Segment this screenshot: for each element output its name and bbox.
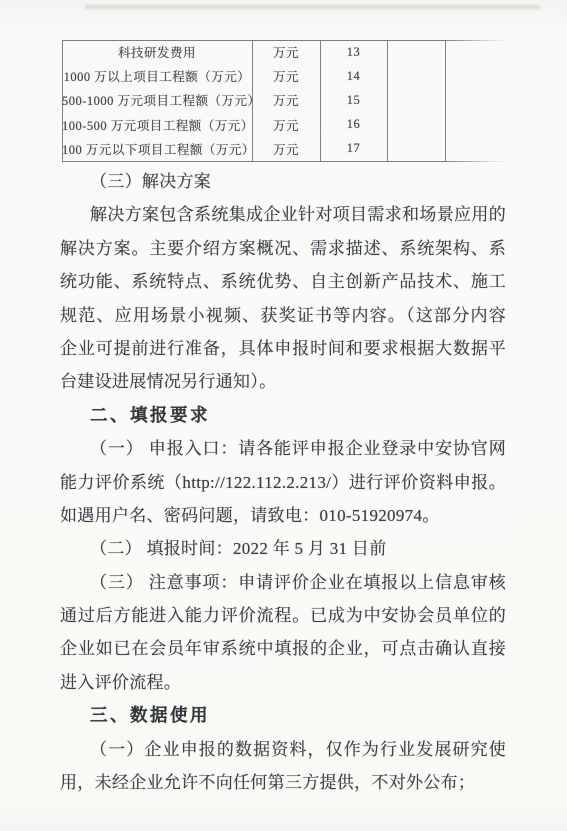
para-notes-line: （三） 注意事项：申请评价企业在填报以上信息审核 [60, 566, 506, 599]
para-usage-line: （一）企业申报的数据资料，仅作为行业发展研究使 [60, 733, 506, 766]
table-cell-unit: 万元 [252, 67, 320, 85]
para-entry-line: 如遇用户名、密码问题，请致电：010-51920974。 [60, 499, 506, 532]
table-cell-number: 14 [320, 69, 387, 84]
table-row: 1000 万以上项目工程额（万元）万元14 [62, 64, 506, 88]
table-cell-number: 17 [320, 141, 387, 156]
table-row: 100 万元以下项目工程额（万元）万元17 [62, 137, 506, 161]
heading-data-usage: 三、数据使用 [60, 699, 506, 732]
table-row: 100-500 万元项目工程额（万元）万元16 [62, 113, 506, 137]
table-cell-number: 13 [320, 45, 387, 60]
table-cell-unit: 万元 [252, 43, 320, 61]
table-cell-indicator: 1000 万以上项目工程额（万元） [62, 67, 252, 85]
table-cell-indicator: 500-1000 万元项目工程额（万元） [62, 91, 252, 109]
para-deadline-line: （二） 填报时间：2022 年 5 月 31 日前 [60, 532, 506, 565]
table-cell-number: 16 [320, 117, 387, 132]
document-page: 科技研发费用万元131000 万以上项目工程额（万元）万元14500-1000 … [0, 0, 567, 831]
table-cell-indicator: 100 万元以下项目工程额（万元） [62, 140, 252, 158]
para-solution-line: 台建设进展情况另行通知）。 [60, 365, 506, 398]
table-cell-unit: 万元 [252, 91, 320, 109]
scan-artifact [85, 5, 540, 9]
para-solution-line: 解决方案包含系统集成企业针对项目需求和场景应用的 [60, 198, 506, 231]
para-solution-line: 解决方案。主要介绍方案概况、需求描述、系统架构、系 [60, 232, 506, 265]
table-cell-indicator: 100-500 万元项目工程额（万元） [62, 116, 252, 134]
table-cell-unit: 万元 [252, 140, 320, 158]
para-notes-line: 进入评价流程。 [60, 666, 506, 699]
para-solution-line: 统功能、系统特点、系统优势、自主创新产品技术、施工 [60, 265, 506, 298]
heading-filing-require: 二、填报要求 [60, 399, 506, 432]
table-cell-unit: 万元 [252, 116, 320, 134]
para-notes-line: 企业如已在会员年审系统中填报的企业，可点击确认直接 [60, 632, 506, 665]
para-entry-line: （一） 申报入口：请各能评申报企业登录中安协官网 [60, 432, 506, 465]
table-border-bottom [62, 161, 506, 162]
para-notes-line: 通过后方能进入能力评价流程。已成为中安协会员单位的 [60, 599, 506, 632]
heading-solution: （三）解决方案 [60, 165, 506, 198]
para-entry-line: 能力评价系统（http://122.112.2.213/）进行评价资料申报。 [60, 466, 506, 499]
table-cell-number: 15 [320, 93, 387, 108]
indicator-table: 科技研发费用万元131000 万以上项目工程额（万元）万元14500-1000 … [62, 40, 506, 161]
para-solution-line: 规范、应用场景小视频、获奖证书等内容。（这部分内容 [60, 299, 506, 332]
para-solution-line: 企业可提前进行准备，具体申报时间和要求根据大数据平 [60, 332, 506, 365]
document-body: （三）解决方案解决方案包含系统集成企业针对项目需求和场景应用的解决方案。主要介绍… [60, 165, 506, 799]
table-row: 500-1000 万元项目工程额（万元）万元15 [62, 88, 506, 112]
table-row: 科技研发费用万元13 [62, 40, 506, 64]
para-usage-line: 用，未经企业允许不向任何第三方提供，不对外公布； [60, 766, 506, 799]
table-cell-indicator: 科技研发费用 [62, 43, 252, 61]
indicator-table-rows: 科技研发费用万元131000 万以上项目工程额（万元）万元14500-1000 … [62, 40, 506, 161]
